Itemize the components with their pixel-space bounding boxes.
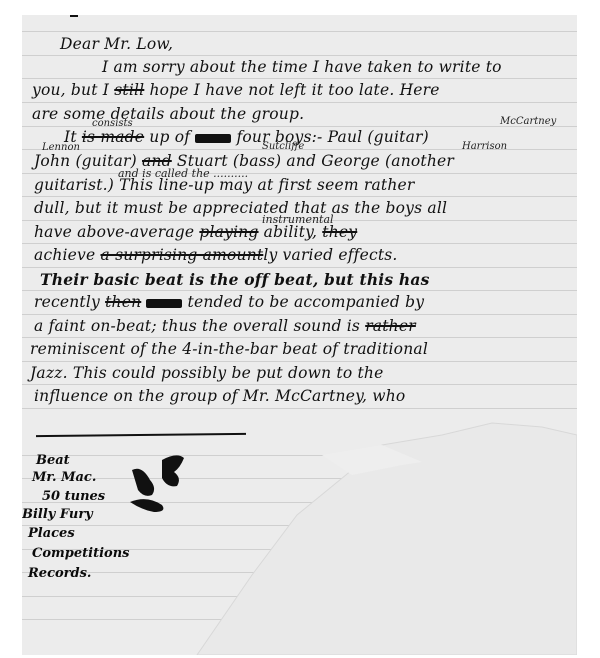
letter-line-6: guitarist.) This line-up may at first se… [34,176,414,194]
salutation: Dear Mr. Low, [60,35,173,53]
letter-line-3: are some details about the group. [32,105,304,123]
note-item: 50 tunes [42,489,105,504]
letter-line-8: have above-average playing ability, they [34,223,357,241]
letter-line-7: dull, but it must be appreciated that as… [34,199,447,217]
insertion-mccartney: McCartney [500,116,556,127]
letter-line-2: you, but I still hope I have not left it… [32,81,440,99]
text-segment: up of [144,128,195,146]
letter-line-14: Jazz. This could possibly be put down to… [30,364,383,382]
text-segment: you, but I [32,81,114,99]
letter-page: Dear Mr. Low, I am sorry about the time … [22,15,577,655]
text-segment: ly varied effects. [263,246,397,264]
struck-word: a surprising amount [101,246,264,264]
note-item: Mr. Mac. [32,470,96,485]
letter-line-9: achieve a surprising amountly varied eff… [34,246,398,264]
top-dash-mark [70,15,78,17]
text-segment: recently [34,293,105,311]
letter-line-4: It is made up of four boys:- Paul (guita… [64,128,429,146]
struck-word: still [114,81,144,99]
note-item: Billy Fury [22,507,93,522]
ink-blot [146,299,182,308]
struck-word: then [105,293,141,311]
insertion-sutcliffe: Sutcliffe [262,141,304,152]
struck-word: rather [365,317,416,335]
ink-blot-splash [122,450,202,520]
letter-line-13: reminiscent of the 4-in-the-bar beat of … [30,340,428,358]
letter-line-11: recently then tended to be accompanied b… [34,293,424,311]
letter-line-15: influence on the group of Mr. McCartney,… [34,387,405,405]
letter-line-10: Their basic beat is the off beat, but th… [40,270,430,289]
struck-word: is made [82,128,144,146]
text-segment: a faint on-beat; thus the overall sound … [34,317,365,335]
struck-word: playing [199,223,258,241]
text-segment: hope I have not left it too late. Here [144,81,439,99]
text-segment: achieve [34,246,101,264]
letter-line-1: I am sorry about the time I have taken t… [102,58,502,76]
struck-word: they [322,223,357,241]
note-item: Beat [36,453,70,468]
note-item: Places [28,526,75,541]
ink-blot [195,134,231,143]
text-segment: tended to be accompanied by [182,293,424,311]
text-segment: four boys:- Paul (guitar) [231,128,429,146]
text-segment: have above-average [34,223,199,241]
note-item: Competitions [32,546,129,561]
note-item: Records. [28,566,91,581]
text-segment: ability, [259,223,323,241]
insertion-harrison: Harrison [462,141,507,152]
letter-line-12: a faint on-beat; thus the overall sound … [34,317,416,335]
